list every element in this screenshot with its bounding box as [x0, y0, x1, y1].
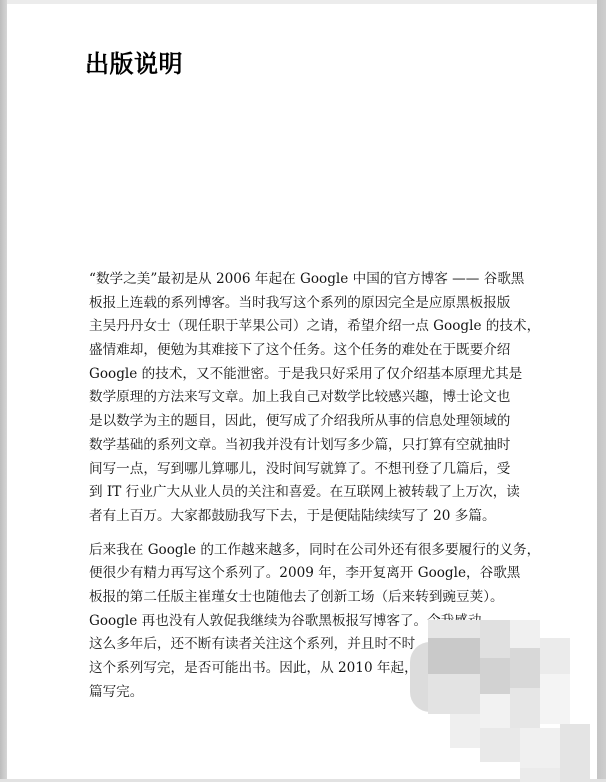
text-line: 是以数学为主的题目，因此，便写成了介绍我所从事的信息处理领域的 [89, 410, 499, 434]
text-line: “数学之美”最初是从 2006 年起在 Google 中国的官方博客 —— 谷歌… [89, 268, 499, 292]
redaction-mosaic [410, 618, 606, 782]
text-line: 数学原理的方法来写文章。加上我自己对数学比较感兴趣，博士论文也 [89, 386, 499, 410]
text-line: 主吴丹丹女士（现任职于苹果公司）之请，希望介绍一点 Google 的技术， [89, 315, 499, 339]
viewer-left-border [0, 0, 7, 782]
text-line: 盛情难却，便勉为其难接下了这个任务。这个任务的难处在于既要介绍 [89, 339, 499, 363]
text-line: 后来我在 Google 的工作越来越多，同时在公司外还有很多要履行的义务， [89, 539, 499, 563]
text-line: 数学基础的系列文章。当初我并没有计划写多少篇，只打算有空就抽时 [89, 434, 499, 458]
paragraph-1: “数学之美”最初是从 2006 年起在 Google 中国的官方博客 —— 谷歌… [89, 268, 499, 529]
page-title: 出版说明 [85, 44, 183, 79]
text-line: 到 IT 行业广大从业人员的关注和喜爱。在互联网上被转载了上万次，读 [89, 481, 499, 505]
text-line: 板报的第二任版主崔瑾女士也随他去了创新工场（后来转到豌豆荚）。 [89, 586, 499, 610]
text-line: 间写一点，写到哪儿算哪儿，没时间写就算了。不想刊登了几篇后，受 [89, 458, 499, 482]
text-line: Google 的技术，又不能泄密。于是我只好采用了仅介绍基本原理尤其是 [89, 363, 499, 387]
text-line: 者有上百万。大家都鼓励我写下去，于是便陆陆续续写了 20 多篇。 [89, 505, 499, 529]
text-line: 便很少有精力再写这个系列了。2009 年，李开复离开 Google，谷歌黑 [89, 562, 499, 586]
paragraph-gap [89, 529, 499, 539]
text-line: 板报上连载的系列博客。当时我写这个系列的原因完全是应原黑板报版 [89, 292, 499, 316]
